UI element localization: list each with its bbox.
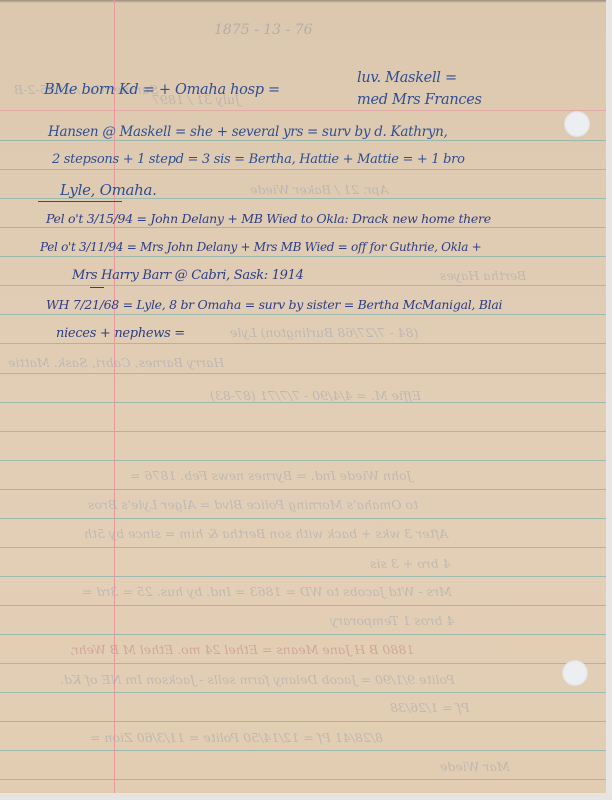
bleed-through-text: Harry Barnes, Cabri, Sask. Mattie (8, 355, 224, 370)
ruled-line (0, 343, 606, 344)
ruled-line (0, 256, 606, 257)
bleed-through-text: 8/28/41 Pf = 12/14/50 Polite = 11/3/60 Z… (90, 730, 383, 745)
bleed-through-text: Apr. 21 / Baker Wiede (250, 182, 389, 197)
bleed-through-text: After 3 wks + back with son Bertha & him… (84, 526, 448, 541)
handwritten-line-5: Pel o't 3/15/94 = John Delany + MB Wied … (46, 211, 491, 226)
scan-background-bottom (0, 793, 612, 800)
ruled-line (0, 285, 606, 286)
bleed-through-text: 4 bro + 3 sis (370, 556, 451, 571)
ruled-line (0, 373, 606, 374)
ruled-line (0, 140, 606, 141)
underline-mark (90, 287, 104, 288)
bleed-through-text: Bertha Hayes (440, 268, 526, 283)
binder-hole (564, 111, 590, 137)
bleed-through-text: Mar Wiede (440, 759, 510, 774)
notebook-page: Sumner Co. / 1895-2-B July 31 / 1897 Apr… (0, 0, 606, 793)
handwritten-line-1b: luv. Maskell = (357, 70, 457, 86)
handwritten-line-1c: med Mrs Frances (357, 92, 482, 108)
ruled-line (0, 692, 606, 693)
bleed-through-text: 4 bros 1 Temporary (330, 613, 454, 628)
ruled-line (0, 634, 606, 635)
handwritten-line-8: WH 7/21/68 = Lyle, 8 br Omaha = surv by … (46, 297, 502, 312)
ruled-line (0, 576, 606, 577)
ruled-line (0, 518, 606, 519)
ruled-line (0, 489, 606, 490)
handwritten-line-6: Pel o't 3/11/94 = Mrs John Delany + Mrs … (40, 240, 481, 254)
bleed-through-text: to Omaha's Morning Police Blvd = Alger L… (88, 497, 418, 512)
ruled-line (0, 169, 606, 170)
underline-mark (38, 201, 122, 202)
bleed-through-text: Polite 9/1/90 = Jacob Delany farm sells … (60, 672, 455, 687)
ruled-line (0, 460, 606, 461)
ruled-line (0, 605, 606, 606)
ruled-line (0, 547, 606, 548)
handwritten-line-4: Lyle, Omaha. (60, 181, 157, 199)
ruled-line (0, 431, 606, 432)
ruled-line (0, 779, 606, 780)
ruled-line (0, 721, 606, 722)
ruled-line (0, 663, 606, 664)
ruled-line (0, 750, 606, 751)
ruled-line (0, 314, 606, 315)
handwritten-line-9: nieces + nephews = (56, 326, 185, 341)
page-top-edge (0, 0, 606, 3)
bleed-through-text: Mrs - Wtd Jacobs to WD = 1863 = Ind. by … (82, 584, 452, 599)
bleed-through-text: Effie M. = 4/4/90 - 7/7/71 (87-83) (210, 388, 421, 403)
bleed-through-text: Pf = 1/26/38 (390, 700, 470, 715)
handwritten-line-2: Hansen @ Maskell = she + several yrs = s… (48, 124, 447, 140)
bleed-through-text-red: 1880 B H Jane Means = Ethel 24 mo. Ethel… (70, 642, 414, 657)
handwritten-line-3: 2 stepsons + 1 stepd = 3 sis = Bertha, H… (52, 152, 465, 167)
header-note: 1875 - 13 - 76 (214, 22, 313, 38)
binder-hole (562, 660, 588, 686)
bleed-through-text: John Wiede Ind. = Byrnes news Feb. 1876 … (130, 468, 412, 483)
scan-background-right (606, 0, 612, 800)
handwritten-line-7: Mrs Harry Barr @ Cabri, Sask: 1914 (72, 268, 304, 283)
ruled-line-header (0, 110, 606, 111)
bleed-through-text: (84 - 7/27/68 Burlington) Lyle (230, 325, 418, 340)
handwritten-line-1: BMe born Kd = + Omaha hosp = (44, 82, 280, 98)
ruled-line (0, 227, 606, 228)
